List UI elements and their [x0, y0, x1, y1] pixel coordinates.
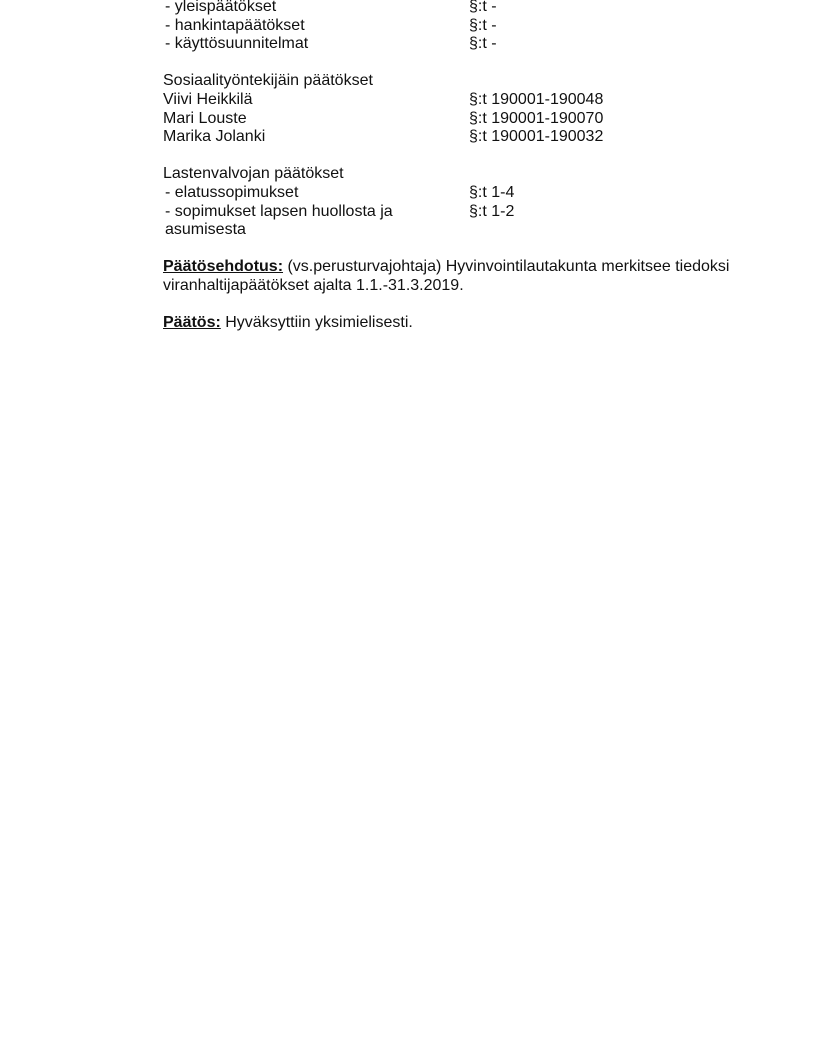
list-item-continuation: asumisesta [163, 221, 763, 240]
item-label: Mari Louste [163, 110, 469, 129]
item-label: - sopimukset lapsen huollosta ja [163, 203, 469, 222]
decision-text: Hyväksyttiin yksimielisesti. [221, 314, 413, 331]
section-heading: Lastenvalvojan päätökset [163, 165, 763, 184]
item-range: §:t 190001-190070 [469, 110, 763, 129]
item-label: Viivi Heikkilä [163, 91, 469, 110]
spacer [163, 240, 763, 259]
item-label: - käyttösuunnitelmat [163, 35, 469, 54]
list-item: Viivi Heikkilä §:t 190001-190048 [163, 91, 763, 110]
item-range: §:t 1-2 [469, 203, 763, 222]
section-heading: Sosiaalityöntekijäin päätökset [163, 72, 763, 91]
list-item: - sopimukset lapsen huollosta ja §:t 1-2 [163, 203, 763, 222]
item-range: §:t 1-4 [469, 184, 763, 203]
item-label: - yleispäätökset [163, 0, 469, 17]
list-item: Mari Louste §:t 190001-190070 [163, 110, 763, 129]
item-range: §:t - [469, 0, 763, 17]
proposal-text-line1: (vs.perusturvajohtaja) Hyvinvointilautak… [283, 258, 729, 275]
document-page: - yleispäätökset §:t - - hankintapäätöks… [163, 0, 763, 333]
list-item: - hankintapäätökset §:t - [163, 17, 763, 36]
item-range: §:t 190001-190048 [469, 91, 763, 110]
list-item: Marika Jolanki §:t 190001-190032 [163, 128, 763, 147]
proposal-text-line2: viranhaltijapäätökset ajalta 1.1.-31.3.2… [163, 277, 464, 294]
item-range: §:t - [469, 35, 763, 54]
list-item: - yleispäätökset §:t - [163, 0, 763, 17]
list-item: - elatussopimukset §:t 1-4 [163, 184, 763, 203]
spacer [163, 147, 763, 166]
proposal-paragraph: Päätösehdotus: (vs.perusturvajohtaja) Hy… [163, 258, 743, 295]
item-label: Marika Jolanki [163, 128, 469, 147]
item-label-continuation: asumisesta [163, 221, 469, 240]
item-range: §:t - [469, 17, 763, 36]
decision-label: Päätös: [163, 314, 221, 331]
list-item: - käyttösuunnitelmat §:t - [163, 35, 763, 54]
social-workers-heading: Sosiaalityöntekijäin päätökset [163, 72, 469, 91]
spacer [163, 54, 763, 73]
item-label: - hankintapäätökset [163, 17, 469, 36]
child-supervisor-heading: Lastenvalvojan päätökset [163, 165, 469, 184]
decision-paragraph: Päätös: Hyväksyttiin yksimielisesti. [163, 314, 743, 333]
item-range: §:t 190001-190032 [469, 128, 763, 147]
spacer [163, 296, 763, 315]
item-label: - elatussopimukset [163, 184, 469, 203]
proposal-label: Päätösehdotus: [163, 258, 283, 275]
